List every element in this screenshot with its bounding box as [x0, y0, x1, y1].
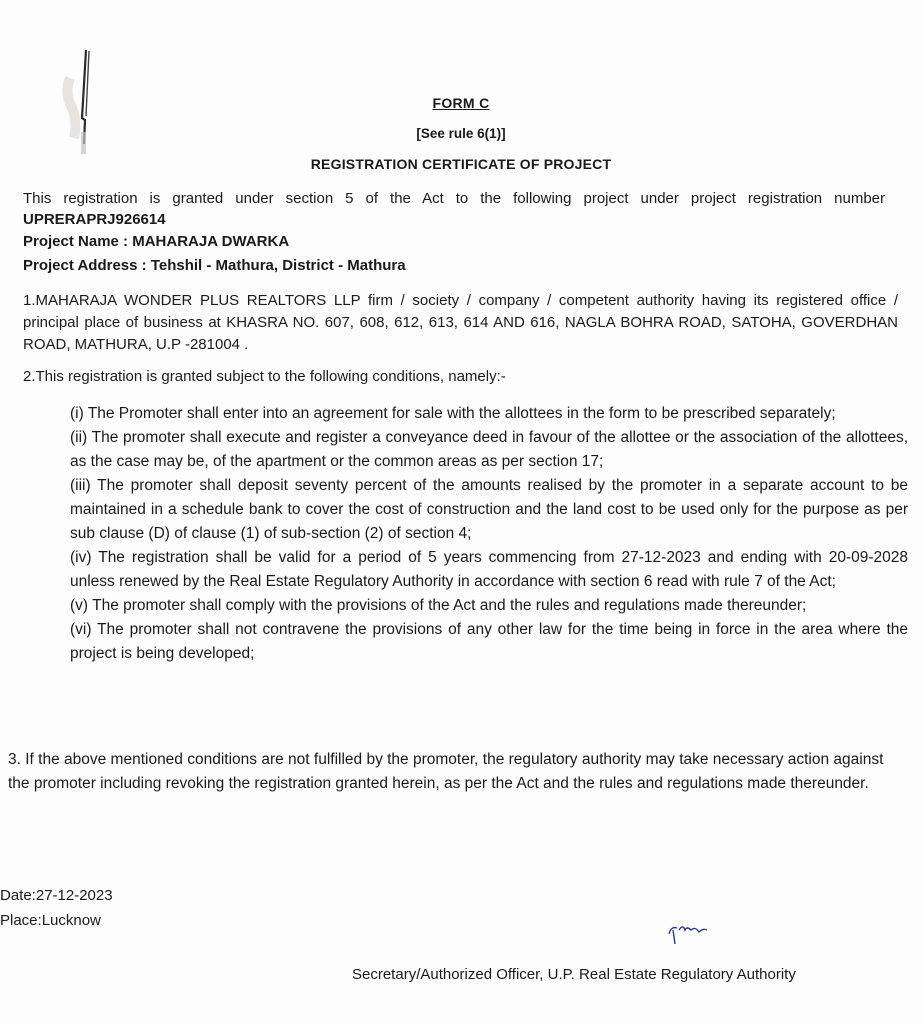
promoter-paragraph: 1.MAHARAJA WONDER PLUS REALTORS LLP firm… [23, 290, 898, 356]
project-name-label: Project Name : [23, 233, 132, 250]
issue-date: Date:27-12-2023 [0, 887, 113, 904]
intro-text: This registration is granted under secti… [23, 190, 885, 207]
form-title: FORM C [0, 95, 922, 111]
registration-number: UPRERAPRJ926614 [23, 211, 166, 228]
certificate-page: FORM C [See rule 6(1)] REGISTRATION CERT… [0, 0, 922, 1024]
rule-reference: [See rule 6(1)] [0, 126, 922, 141]
certificate-heading: REGISTRATION CERTIFICATE OF PROJECT [0, 156, 922, 172]
condition-item: (iv) The registration shall be valid for… [70, 546, 908, 594]
condition-item: (v) The promoter shall comply with the p… [70, 594, 908, 618]
condition-item: (i) The Promoter shall enter into an agr… [70, 402, 908, 426]
project-name: MAHARAJA DWARKA [132, 233, 289, 250]
project-name-line: Project Name : MAHARAJA DWARKA [23, 233, 289, 250]
intro-paragraph: This registration is granted under secti… [23, 188, 885, 230]
condition-item: (iii) The promoter shall deposit seventy… [70, 474, 908, 546]
conditions-intro: 2.This registration is granted subject t… [23, 368, 898, 385]
enforcement-paragraph: 3. If the above mentioned conditions are… [8, 748, 908, 796]
signature-icon [665, 918, 725, 948]
project-address: Tehshil - Mathura, District - Mathura [151, 257, 406, 274]
condition-item: (vi) The promoter shall not contravene t… [70, 618, 908, 666]
project-address-label: Project Address : [23, 257, 151, 274]
project-address-line: Project Address : Tehshil - Mathura, Dis… [23, 257, 406, 274]
conditions-list: (i) The Promoter shall enter into an agr… [70, 402, 908, 666]
issue-place: Place:Lucknow [0, 912, 101, 929]
condition-item: (ii) The promoter shall execute and regi… [70, 426, 908, 474]
signatory-title: Secretary/Authorized Officer, U.P. Real … [352, 966, 796, 983]
